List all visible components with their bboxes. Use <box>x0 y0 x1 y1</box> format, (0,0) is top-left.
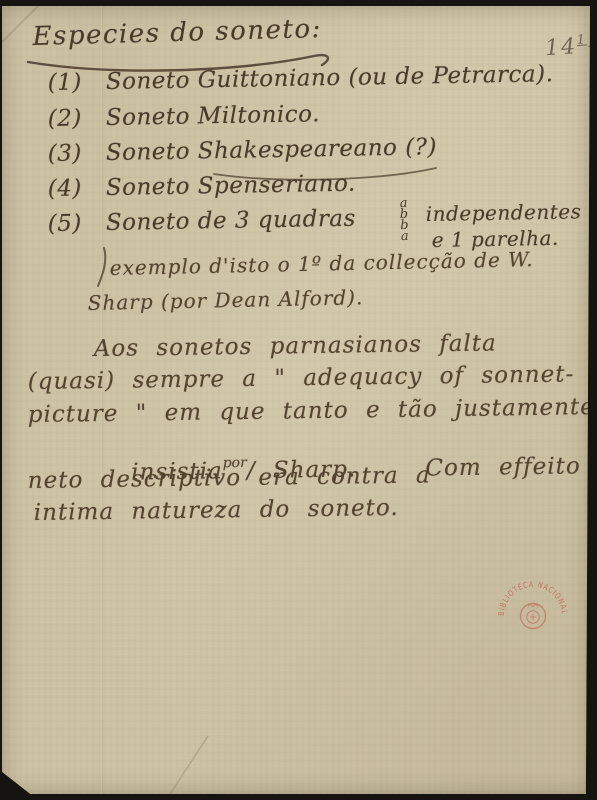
archive-number-prefix: 14 <box>544 34 578 61</box>
list-item-2-number: (2) <box>48 105 83 132</box>
paper-scratch <box>170 736 208 794</box>
list-item-5-continuation-1: independentes <box>426 199 582 226</box>
archive-number-suffix: - 36 <box>587 30 597 58</box>
list-item-4-text: Soneto Spenseriano. <box>106 171 356 201</box>
list-item-2: (2) Soneto Miltonico. <box>48 101 321 132</box>
paragraph-line-2: (quasi) sempre a " adequacy of sonnet- <box>28 361 575 395</box>
list-item-3-text: Soneto Shakespeareano (?) <box>106 134 438 166</box>
list-item-3-number: (3) <box>48 140 83 167</box>
list-item-1: (1) Soneto Guittoniano (ou de Petrarca). <box>48 61 554 96</box>
paragraph-mark <box>98 248 105 286</box>
rhyme-letter: a <box>400 231 409 242</box>
list-item-3: (3) Soneto Shakespeareano (?) <box>48 134 438 167</box>
stamp-emblem-crown <box>528 604 538 607</box>
scanned-manuscript-page: 141- 36 Especies do soneto: (1) Soneto G… <box>0 0 597 800</box>
note-line-1: exemplo d'isto o 1º da collecção de W. <box>109 247 533 280</box>
list-item-2-text: Soneto Miltonico. <box>106 101 321 131</box>
stamp-emblem <box>521 604 546 629</box>
list-item-1-number: (1) <box>48 69 83 96</box>
paragraph-line-1: Aos sonetos parnasianos falta <box>94 330 497 362</box>
rhyme-scheme-column: a b b a <box>399 198 409 242</box>
list-item-5-number: (5) <box>48 210 83 237</box>
stamp-emblem-cross <box>530 614 536 620</box>
paper-sheet: 141- 36 Especies do soneto: (1) Soneto G… <box>2 6 590 794</box>
note-line-2: Sharp (por Dean Alford). <box>87 285 363 315</box>
list-item-4-number: (4) <box>48 175 83 202</box>
library-stamp: BIBLIOTECA NACIONAL <box>492 566 576 650</box>
page-title: Especies do soneto: <box>32 14 322 52</box>
paragraph-line-6: intima natureza do soneto. <box>34 495 399 526</box>
list-item-1-text: Soneto Guittoniano (ou de Petrarca). <box>106 61 554 95</box>
list-item-4: (4) Soneto Spenseriano. <box>48 171 356 202</box>
list-item-5: (5) Soneto de 3 quadras <box>48 206 357 237</box>
paragraph-line-3: picture " em que tanto e tão justamente <box>28 394 595 428</box>
list-item-5-text: Soneto de 3 quadras <box>106 206 356 236</box>
